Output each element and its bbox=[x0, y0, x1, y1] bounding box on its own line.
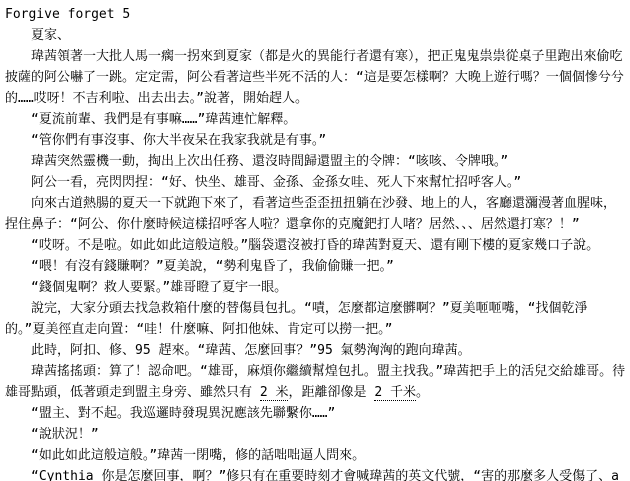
paragraph-text: “喂！有沒有錢賺啊？”夏美說，“勢利鬼昏了，我偷偷賺一把。” bbox=[31, 259, 394, 274]
paragraph: “哎呀。不是啦。如此如此這般這般。”腦袋還沒被打昏的瑋茜對夏天、還有剛下樓的夏家… bbox=[5, 235, 626, 256]
paragraph: “錢個鬼啊？救人要緊。”雄哥瞪了夏宇一眼。 bbox=[5, 277, 626, 298]
paragraph: 瑋茜搖搖頭：算了！認命吧。“雄哥，麻煩你繼續幫煌包扎。盟主找我。”瑋茜把手上的活… bbox=[5, 361, 626, 403]
paragraph: “喂！有沒有錢賺啊？”夏美說，“勢利鬼昏了，我偷偷賺一把。” bbox=[5, 256, 626, 277]
paragraph: 瑋茜領著一大批人馬一瘸一拐來到夏家（都是火的異能行者還有寒），把正鬼鬼祟祟從桌子… bbox=[5, 46, 626, 109]
paragraph-text: 瑋茜領著一大批人馬一瘸一拐來到夏家（都是火的異能行者還有寒），把正鬼鬼祟祟從桌子… bbox=[5, 49, 624, 106]
paragraph-text: 說完，大家分頭去找急救箱什麼的替傷員包扎。“嘖，怎麼都這麼髒啊？”夏美咂咂嘴，“… bbox=[5, 301, 587, 337]
paragraph-text: 此時，阿扣、修、95 趕來。“瑋茜、怎麼回事？”95 氣勢洶洶的跑向瑋茜。 bbox=[31, 343, 471, 358]
underlined-text: 2 米 bbox=[260, 385, 289, 401]
paragraph-text: “夏流前輩、我們是有事嘛……”瑋茜連忙解釋。 bbox=[31, 112, 296, 127]
paragraph-text: “說狀況！” bbox=[31, 427, 99, 442]
paragraph-text: “盟主、對不起。我巡邏時發現異況應該先聯繫你……” bbox=[31, 406, 335, 421]
paragraph: 向來古道熱腸的夏天一下就跑下來了，看著這些歪歪扭扭躺在沙發、地上的人，客廳還瀰漫… bbox=[5, 193, 626, 235]
paragraph-text: ，距離卻像是 bbox=[288, 385, 374, 400]
paragraph: 瑋茜突然靈機一動，掏出上次出任務、還沒時間歸還盟主的令牌：“咳咳、令牌哦。” bbox=[5, 151, 626, 172]
paragraph-text: 。 bbox=[416, 385, 429, 400]
paragraph: “夏流前輩、我們是有事嘛……”瑋茜連忙解釋。 bbox=[5, 109, 626, 130]
paragraph: 說完，大家分頭去找急救箱什麼的替傷員包扎。“嘖，怎麼都這麼髒啊？”夏美咂咂嘴，“… bbox=[5, 298, 626, 340]
paragraph-text: “哎呀。不是啦。如此如此這般這般。”腦袋還沒被打昏的瑋茜對夏天、還有剛下樓的夏家… bbox=[31, 238, 599, 253]
paragraph-text: 夏家、 bbox=[31, 28, 70, 43]
paragraph-text: “如此如此這般這般。”瑋茜一閉嘴，修的話咄咄逼人問來。 bbox=[31, 448, 365, 463]
paragraph-text: 阿公一看，亮閃閃捏：“好、快坐、雄哥、金孫、金孫女哇、死人下來幫忙招呼客人。” bbox=[31, 175, 521, 190]
paragraph: “管你們有事沒事、你大半夜呆在我家我就是有事。” bbox=[5, 130, 626, 151]
paragraph: 阿公一看，亮閃閃捏：“好、快坐、雄哥、金孫、金孫女哇、死人下來幫忙招呼客人。” bbox=[5, 172, 626, 193]
paragraph: 此時，阿扣、修、95 趕來。“瑋茜、怎麼回事？”95 氣勢洶洶的跑向瑋茜。 bbox=[5, 340, 626, 361]
document-title: Forgive forget 5 bbox=[5, 4, 626, 25]
underlined-text: 2 千米 bbox=[374, 385, 416, 401]
document-body: 夏家、瑋茜領著一大批人馬一瘸一拐來到夏家（都是火的異能行者還有寒），把正鬼鬼祟祟… bbox=[5, 25, 626, 481]
paragraph: “盟主、對不起。我巡邏時發現異況應該先聯繫你……” bbox=[5, 403, 626, 424]
paragraph-text: “錢個鬼啊？救人要緊。”雄哥瞪了夏宇一眼。 bbox=[31, 280, 287, 295]
paragraph-text: 向來古道熱腸的夏天一下就跑下來了，看著這些歪歪扭扭躺在沙發、地上的人，客廳還瀰漫… bbox=[5, 196, 616, 232]
paragraph-text: “Cynthia 你是怎麼回事，啊？”修只有在重要時刻才會喊瑋茜的英文代號，“害… bbox=[31, 469, 619, 481]
paragraph: “Cynthia 你是怎麼回事，啊？”修只有在重要時刻才會喊瑋茜的英文代號，“害… bbox=[5, 466, 626, 481]
paragraph-text: 瑋茜突然靈機一動，掏出上次出任務、還沒時間歸還盟主的令牌：“咳咳、令牌哦。” bbox=[31, 154, 508, 169]
paragraph: “說狀況！” bbox=[5, 424, 626, 445]
paragraph: 夏家、 bbox=[5, 25, 626, 46]
document-page: Forgive forget 5 夏家、瑋茜領著一大批人馬一瘸一拐來到夏家（都是… bbox=[0, 0, 630, 481]
paragraph: “如此如此這般這般。”瑋茜一閉嘴，修的話咄咄逼人問來。 bbox=[5, 445, 626, 466]
paragraph-text: “管你們有事沒事、你大半夜呆在我家我就是有事。” bbox=[31, 133, 326, 148]
